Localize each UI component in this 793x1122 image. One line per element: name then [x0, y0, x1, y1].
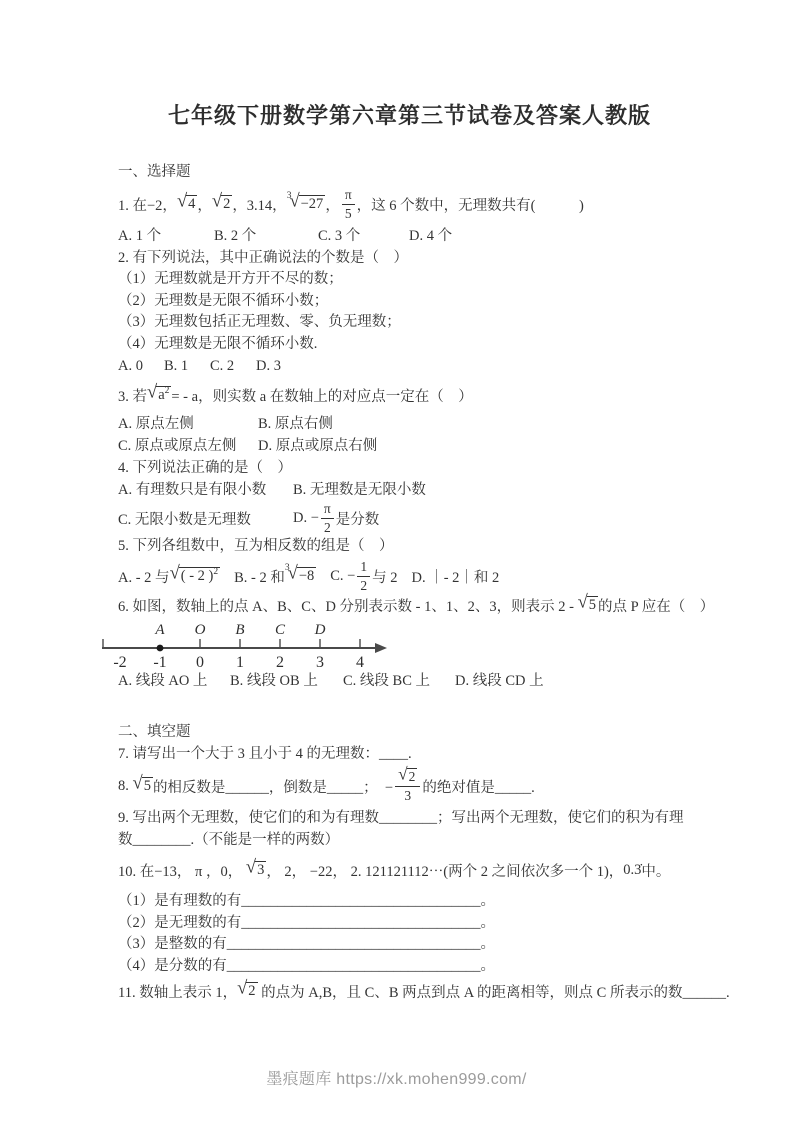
question-2-item-4: （4）无理数是无限不循环小数.: [118, 334, 701, 356]
test-paper-page: 七年级下册数学第六章第三节试卷及答案人教版 一、选择题 1. 在−2，√4，√2…: [0, 0, 793, 1002]
fraction-denominator: 2: [324, 519, 331, 536]
question-2-item-1: （1）无理数就是开方开不尽的数；: [118, 269, 701, 291]
radicand: 2: [407, 768, 418, 785]
radical-sign: √: [237, 981, 247, 997]
option-b: B. 1: [164, 355, 210, 377]
radical-sign: √: [212, 193, 222, 209]
radical-sign: √: [288, 565, 298, 581]
radicand: 2: [246, 982, 257, 1000]
radical-sign: √: [398, 767, 407, 782]
radicand-exponent: 2: [165, 386, 170, 396]
radical-sign: √: [133, 775, 143, 791]
nl-point-C: C: [275, 622, 286, 638]
question-5-stem: 5. 下列各组数中，互为相反数的组是（ ）: [118, 535, 701, 557]
sqrt-expression: √( - 2 )2: [170, 567, 221, 585]
footer: 墨痕题库 https://xk.mohen999.com/: [0, 1066, 793, 1089]
fraction-numerator: π: [321, 501, 334, 519]
fraction-denominator: 5: [345, 205, 352, 222]
fraction-numerator: √2: [395, 768, 420, 787]
radical-sign: √: [147, 384, 157, 400]
fraction-numerator: 1: [357, 559, 370, 577]
question-6-stem: 6. 如图，数轴上的点 A、B、C、D 分别表示数 - 1、1、2、3，则表示 …: [118, 595, 701, 616]
question-10-item-2: （2）是无理数的有_______________________________…: [118, 913, 701, 935]
radicand: 4: [186, 195, 197, 213]
sqrt-expression: √2: [398, 768, 417, 785]
option-a: A. 原点左侧: [118, 413, 258, 435]
q10-text: 10. 在−13， π ，0，: [118, 860, 246, 881]
cube-root-expression: 3√−27: [287, 195, 326, 213]
question-10-item-4: （4）是分数的有________________________________…: [118, 956, 701, 978]
question-10-item-1: （1）是有理数的有_______________________________…: [118, 891, 701, 913]
option-c-text: 与 2: [372, 566, 397, 587]
question-7: 7. 请写出一个大于 3 且小于 4 的无理数：____.: [118, 743, 701, 765]
question-2-item-2: （2）无理数是无限不循环小数；: [118, 291, 701, 313]
q11-text: 11. 数轴上表示 1，: [118, 981, 237, 1002]
q10-text: ， 2， −22， 2. 121121112⋯(两个 2 之间依次多一个 1)，: [266, 860, 623, 881]
nl-tick-label: 4: [356, 654, 364, 670]
nl-point-D: D: [314, 622, 326, 638]
nl-tick-label: -2: [113, 654, 126, 670]
question-3-stem: 3. 若√a2= - a，则实数 a 在数轴上的对应点一定在（ ）: [118, 377, 701, 413]
option-c: C. 原点或原点左侧: [118, 435, 258, 457]
option-c: C. 2: [210, 355, 256, 377]
option-a: A. 线段 AO 上: [118, 670, 230, 692]
q8-text: 的相反数是______，倒数是_____； −: [153, 776, 393, 797]
option-a: A. 1 个: [118, 225, 214, 247]
footer-credit-link[interactable]: 墨痕题库 https://xk.mohen999.com/: [266, 1071, 526, 1088]
q11-text: 的点为 A,B，且 C、B 两点到点 A 的距离相等，则点 C 所表示的数___…: [258, 981, 730, 1002]
option-a-text: A. - 2 与: [118, 566, 170, 587]
fraction: π5: [342, 187, 355, 221]
nl-tick-label: 3: [316, 654, 324, 670]
question-6-options: A. 线段 AO 上B. 线段 OB 上C. 线段 BC 上D. 线段 CD 上: [118, 670, 701, 692]
option-b: B. 2 个: [214, 225, 318, 247]
option-c: C. −12与 2: [330, 559, 397, 593]
repeating-decimal: 0.3̇: [623, 862, 641, 879]
section-heading-blank: 二、填空题: [118, 721, 701, 743]
option-d-text: D. −: [293, 510, 319, 527]
question-9-line-1: 9. 写出两个无理数，使它们的和为有理数________；写出两个无理数，使它们…: [118, 807, 701, 829]
option-c: C. 无限小数是无理数: [118, 508, 293, 529]
radicand: a2: [156, 386, 171, 404]
axis-arrow-icon: [375, 643, 387, 653]
question-1-stem: 1. 在−2，√4，√2，3.14，3√−27，π5，这 6 个数中，无理数共有…: [118, 183, 701, 225]
option-d: D. 原点或原点右侧: [258, 435, 377, 457]
radical-sign: √: [578, 595, 588, 611]
option-a: A. - 2 与√( - 2 )2: [118, 566, 220, 587]
number-line-figure: A O B C D -2 -1 0 1 2 3 4: [94, 618, 394, 670]
radicand: 2: [221, 195, 232, 213]
nl-point-B: B: [235, 622, 244, 638]
sqrt-expression: √5: [133, 777, 153, 795]
question-10-stem: 10. 在−13， π ，0， √3， 2， −22， 2. 121121112…: [118, 855, 701, 885]
q3-text: 3. 若: [118, 385, 147, 406]
question-2-options: A. 0B. 1C. 2D. 3: [118, 355, 701, 377]
fraction: 12: [357, 559, 370, 593]
q3-text: = - a，则实数 a 在数轴上的对应点一定在（ ）: [171, 385, 472, 406]
fraction-numerator: π: [342, 187, 355, 205]
nl-point-A: A: [154, 622, 165, 638]
nl-tick-label: 1: [236, 654, 244, 670]
question-4-options-row-1: A. 有理数只是有限小数B. 无理数是无限小数: [118, 479, 701, 501]
option-b: B. 线段 OB 上: [230, 670, 343, 692]
q1-text: ，3.14，: [232, 194, 286, 215]
nl-tick-label: 2: [276, 654, 284, 670]
question-4-options-row-2: C. 无限小数是无理数D. −π2是分数: [118, 501, 701, 535]
option-b-text: B. - 2 和: [234, 566, 285, 587]
question-10-item-3: （3）是整数的有________________________________…: [118, 934, 701, 956]
radicand: −27: [299, 195, 326, 213]
sqrt-expression: √2: [212, 195, 232, 213]
radicand: 5: [142, 777, 153, 795]
q10-text: 中。: [641, 860, 670, 881]
q6-text: 6. 如图，数轴上的点 A、B、C、D 分别表示数 - 1、1、2、3，则表示 …: [118, 595, 578, 616]
radicand: ( - 2 )2: [179, 567, 220, 585]
radicand: −8: [297, 567, 316, 585]
nl-tick-label: -1: [153, 654, 166, 670]
question-3-options-row-1: A. 原点左侧B. 原点右侧: [118, 413, 701, 435]
question-1-options: A. 1 个B. 2 个C. 3 个D. 4 个: [118, 225, 701, 247]
point-marker-dot: [157, 645, 164, 652]
question-4-stem: 4. 下列说法正确的是（ ）: [118, 457, 701, 479]
question-8: 8. √5的相反数是______，倒数是_____； −√23的绝对值是____…: [118, 765, 701, 807]
option-b: B. 无理数是无限小数: [293, 479, 426, 501]
nl-tick-label: 0: [196, 654, 204, 670]
q8-text: 的绝对值是_____.: [422, 776, 534, 797]
question-2-stem: 2. 有下列说法，其中正确说法的个数是（ ）: [118, 247, 701, 269]
sqrt-expression: √3: [246, 861, 266, 879]
question-9-line-2: 数________.（不能是一样的两数）: [118, 829, 701, 851]
fraction-denominator: 2: [360, 577, 367, 594]
question-2-item-3: （3）无理数包括正无理数、零、负无理数；: [118, 312, 701, 334]
sqrt-expression: √2: [237, 982, 257, 1000]
radical-sign: √: [246, 859, 256, 875]
sqrt-expression: √5: [578, 596, 598, 614]
fraction-denominator: 3: [404, 787, 411, 804]
q1-text: 1. 在−2，: [118, 194, 177, 215]
option-d: D. 3: [256, 355, 281, 377]
q1-text: ，这 6 个数中，无理数共有( ): [357, 194, 584, 215]
sqrt-expression: √a2: [147, 386, 171, 404]
option-b: B. 原点右侧: [258, 413, 333, 435]
section-heading-choice: 一、选择题: [118, 161, 701, 183]
question-5-options: A. - 2 与√( - 2 )2 B. - 2 和3√−8 C. −12与 2…: [118, 557, 701, 595]
question-11: 11. 数轴上表示 1，√2 的点为 A,B，且 C、B 两点到点 A 的距离相…: [118, 981, 701, 1002]
option-c: C. 3 个: [318, 225, 409, 247]
radical-sign: √: [170, 565, 180, 581]
radicand: 5: [587, 596, 598, 614]
q8-text: 8.: [118, 778, 133, 795]
nl-point-O: O: [195, 622, 206, 638]
radicand-exponent: 2: [213, 567, 218, 577]
option-d-text: 是分数: [336, 508, 380, 529]
option-d: D. 线段 CD 上: [455, 670, 544, 692]
radicand: 3: [255, 861, 266, 879]
fraction: √23: [395, 768, 420, 804]
option-d: D. 4 个: [409, 225, 452, 247]
radicand-base: ( - 2 ): [181, 568, 214, 584]
radical-sign: √: [177, 193, 187, 209]
sqrt-expression: √4: [177, 195, 197, 213]
cube-root-expression: 3√−8: [285, 567, 316, 585]
q1-text: ，: [325, 194, 340, 215]
page-title: 七年级下册数学第六章第三节试卷及答案人教版: [118, 100, 701, 131]
option-a: A. 有理数只是有限小数: [118, 479, 293, 501]
fraction: π2: [321, 501, 334, 535]
q1-text: ，: [197, 194, 212, 215]
option-d: D. ｜- 2｜和 2: [411, 566, 499, 587]
question-3-options-row-2: C. 原点或原点左侧D. 原点或原点右侧: [118, 435, 701, 457]
option-a: A. 0: [118, 355, 164, 377]
option-b: B. - 2 和3√−8: [234, 566, 316, 587]
radical-sign: √: [289, 193, 299, 209]
option-c-text: C. −: [330, 568, 355, 585]
q6-text: 的点 P 应在（ ）: [598, 595, 714, 616]
option-c: C. 线段 BC 上: [343, 670, 455, 692]
